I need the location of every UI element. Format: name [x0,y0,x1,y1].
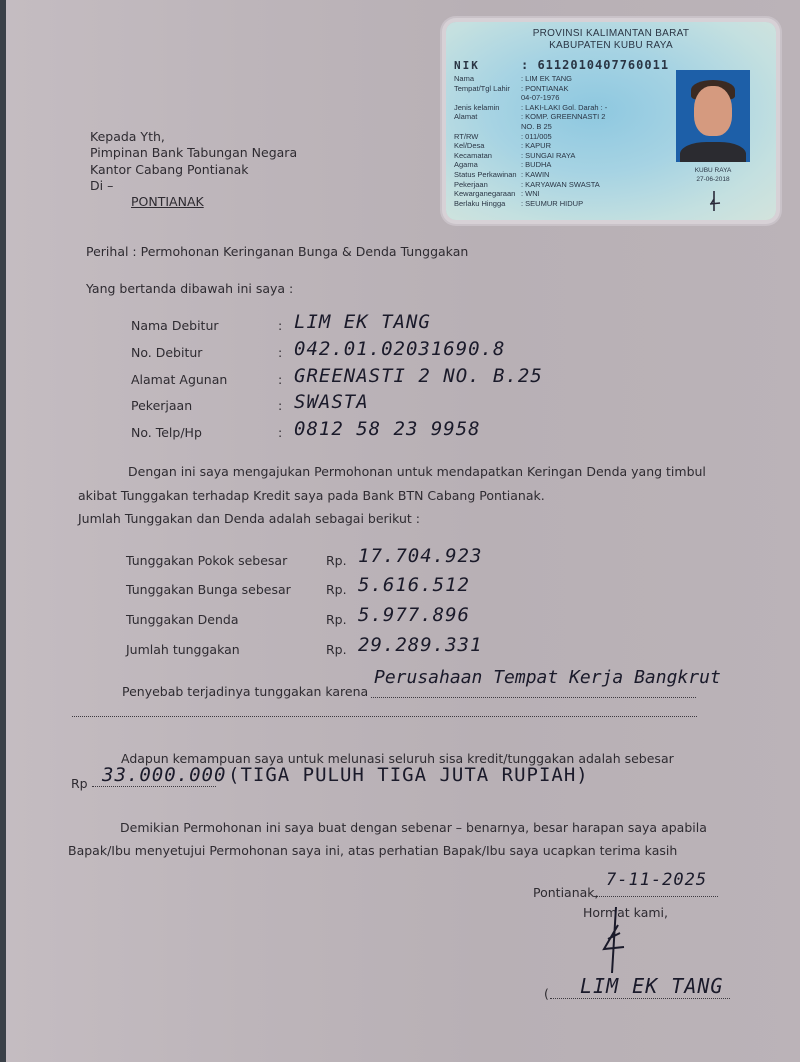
arrears-currency: Rp. [326,553,347,568]
debtor-field-value: 0812 58 23 9958 [294,418,481,440]
id-card-issue-place: KUBU RAYA [676,167,750,174]
capacity-amount: 33.000.000 [102,764,226,786]
id-card-field-label: Jenis kelamin [454,103,520,112]
debtor-field-value: GREENASTI 2 NO. B.25 [294,365,543,387]
id-card-field-label: Nama [454,74,520,83]
id-card-field-value: : KOMP. GREENNASTI 2 [521,112,605,121]
subject-line: Perihal : Permohonan Keringanan Bunga & … [86,244,468,259]
arrears-label: Tunggakan Pokok sebesar [126,553,287,568]
id-card-field-value: : KARYAWAN SWASTA [521,180,600,189]
id-card-field-value: : SUNGAI RAYA [521,151,575,160]
arrears-currency: Rp. [326,642,347,657]
arrears-value: 5.977.896 [358,604,470,626]
signer-name: LIM EK TANG [580,974,723,998]
date-value: 7-11-2025 [606,870,707,890]
signer-open-paren: ( [544,986,549,1001]
place-label: Pontianak, [533,885,599,900]
debtor-field-label: Alamat Agunan [131,372,227,387]
letter-page: PROVINSI KALIMANTAN BARAT KABUPATEN KUBU… [6,0,800,1062]
date-dotted-line [594,896,718,897]
id-card-field-value: NO. B 25 [521,122,552,131]
id-card-province: PROVINSI KALIMANTAN BARAT [446,28,776,39]
cause-value: Perusahaan Tempat Kerja Bangkrut [374,667,721,688]
id-card-ktp: PROVINSI KALIMANTAN BARAT KABUPATEN KUBU… [446,22,776,220]
id-card-regency: KABUPATEN KUBU RAYA [446,40,776,51]
id-card-field-label: Agama [454,160,520,169]
id-card-field-label: Tempat/Tgl Lahir [454,84,520,93]
debtor-field-colon: : [278,372,282,387]
debtor-field-colon: : [278,318,282,333]
debtor-field-colon: : [278,398,282,413]
closing-line-1: Demikian Permohonan ini saya buat dengan… [120,820,707,835]
recipient-line-1: Kepada Yth, [90,129,165,144]
id-card-field-value: : WNI [521,189,540,198]
id-card-signature-icon [708,190,722,212]
id-card-field-label: Pekerjaan [454,180,520,189]
arrears-value: 17.704.923 [358,545,482,567]
arrears-value: 5.616.512 [358,574,470,596]
recipient-line-4: Di – [90,178,113,193]
debtor-field-label: Pekerjaan [131,398,192,413]
debtor-field-value: SWASTA [294,391,369,413]
id-card-nik-label: NIK [454,59,480,72]
arrears-currency: Rp. [326,582,347,597]
id-card-field-value: : SEUMUR HIDUP [521,199,583,208]
closing-line-2: Bapak/Ibu menyetujui Permohonan saya ini… [68,843,677,858]
id-card-field-label: Alamat [454,112,520,121]
recipient-line-2: Pimpinan Bank Tabungan Negara [90,145,297,160]
capacity-dotted-line [92,786,216,787]
body-line-3: Jumlah Tunggakan dan Denda adalah sebaga… [78,511,420,526]
recipient-line-3: Kantor Cabang Pontianak [90,162,249,177]
body-line-1: Dengan ini saya mengajukan Permohonan un… [128,464,706,479]
debtor-field-value: LIM EK TANG [294,311,431,333]
id-card-field-label: RT/RW [454,132,520,141]
id-card-field-value: : LAKI-LAKI Gol. Darah : - [521,103,607,112]
id-card-photo [676,70,750,162]
capacity-words: (TIGA PULUH TIGA JUTA RUPIAH) [228,764,589,786]
id-card-field-label: Kel/Desa [454,141,520,150]
debtor-field-colon: : [278,345,282,360]
id-card-nik-value: : 6112010407760011 [521,58,669,72]
intro-line: Yang bertanda dibawah ini saya : [86,281,293,296]
id-card-field-value: : KAPUR [521,141,551,150]
cause-dotted-line-2 [72,716,697,717]
arrears-value: 29.289.331 [358,634,482,656]
id-card-field-value: : BUDHA [521,160,551,169]
arrears-currency: Rp. [326,612,347,627]
id-card-issue-date: 27-06-2018 [676,176,750,183]
id-card-field-label: Kecamatan [454,151,520,160]
arrears-label: Tunggakan Denda [126,612,239,627]
debtor-field-label: Nama Debitur [131,318,219,333]
debtor-field-value: 042.01.02031690.8 [294,338,505,360]
signer-dotted-line [550,998,730,999]
signature-icon [594,905,634,975]
cause-label: Penyebab terjadinya tunggakan karena [122,684,368,699]
capacity-currency: Rp [71,776,88,791]
id-card-field-value: 04-07-1976 [521,93,559,102]
id-card-field-value: : PONTIANAK [521,84,569,93]
id-card-field-value: : LIM EK TANG [521,74,572,83]
cause-dotted-line [371,697,696,698]
body-line-2: akibat Tunggakan terhadap Kredit saya pa… [78,488,545,503]
recipient-city: PONTIANAK [131,194,204,209]
id-card-field-value: : KAWIN [521,170,549,179]
id-card-field-label: Kewarganegaraan [454,189,520,198]
arrears-label: Tunggakan Bunga sebesar [126,582,291,597]
id-card-field-label: Status Perkawinan [454,170,520,179]
id-card-field-label: Berlaku Hingga [454,199,520,208]
debtor-field-label: No. Debitur [131,345,202,360]
arrears-label: Jumlah tunggakan [126,642,240,657]
debtor-field-colon: : [278,425,282,440]
id-card-field-value: : 011/005 [521,132,552,141]
debtor-field-label: No. Telp/Hp [131,425,202,440]
